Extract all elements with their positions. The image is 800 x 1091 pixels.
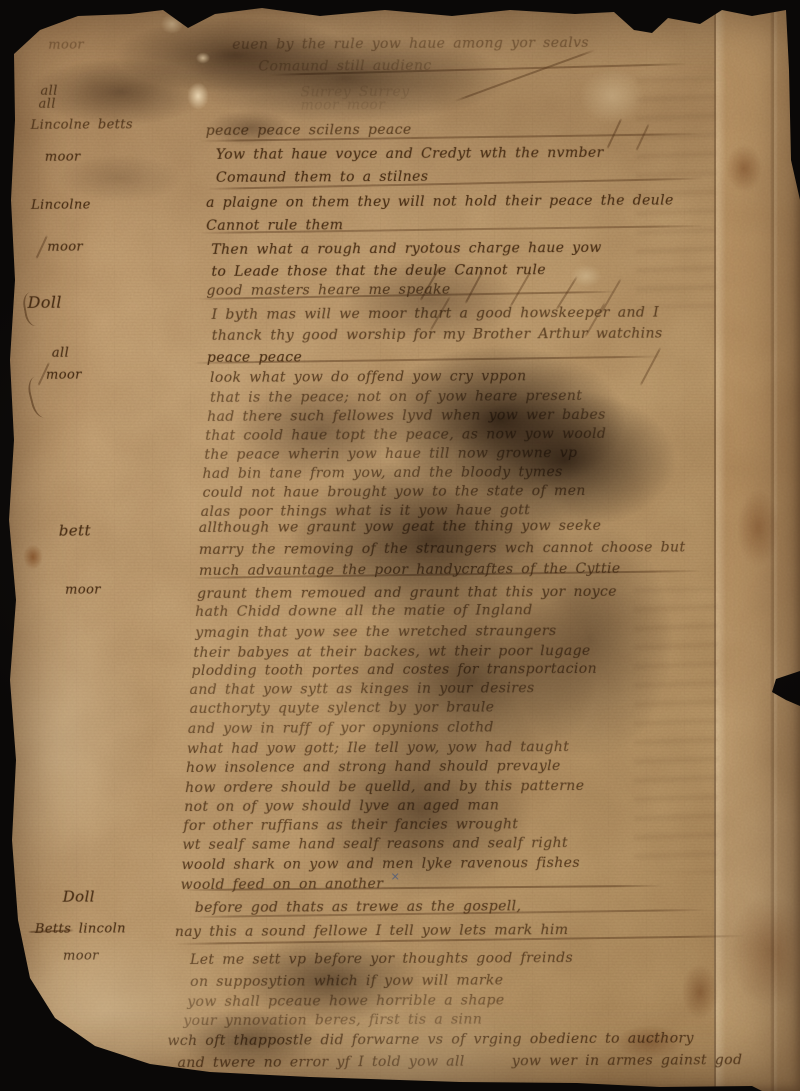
- edge-vignette: [0, 0, 800, 1091]
- photo-backdrop: × moorallallLincolne bettsmoorLincolnemo…: [0, 0, 800, 1091]
- manuscript-page: × moorallallLincolne bettsmoorLincolnemo…: [0, 0, 800, 1091]
